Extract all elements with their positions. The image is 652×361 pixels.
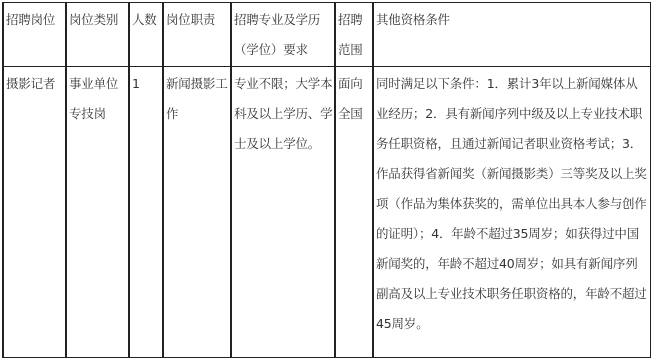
header-position: 招聘岗位 — [3, 3, 66, 67]
cell-other-requirements: 同时满足以下条件：1．累计3年以上新闻媒体从业经历；2．具有新闻序列中级及以上专… — [373, 67, 650, 358]
header-scope: 招聘范围 — [335, 3, 373, 67]
cell-duties: 新闻摄影工作 — [163, 67, 231, 358]
cell-category: 事业单位专技岗 — [66, 67, 129, 358]
cell-education: 专业不限；大学本科及以上学历、学士及以上学位。 — [231, 67, 335, 358]
header-other-requirements: 其他资格条件 — [373, 3, 650, 67]
cell-scope: 面向全国 — [335, 67, 373, 358]
recruitment-table: 招聘岗位 岗位类别 人数 岗位职责 招聘专业及学历（学位）要求 招聘范围 其他资… — [2, 2, 651, 358]
table-header-row: 招聘岗位 岗位类别 人数 岗位职责 招聘专业及学历（学位）要求 招聘范围 其他资… — [3, 3, 650, 67]
table-row: 摄影记者 事业单位专技岗 1 新闻摄影工作 专业不限；大学本科及以上学历、学士及… — [3, 67, 650, 358]
header-education: 招聘专业及学历（学位）要求 — [231, 3, 335, 67]
header-duties: 岗位职责 — [163, 3, 231, 67]
cell-position: 摄影记者 — [3, 67, 66, 358]
header-category: 岗位类别 — [66, 3, 129, 67]
header-count: 人数 — [129, 3, 163, 67]
cell-count: 1 — [129, 67, 163, 358]
